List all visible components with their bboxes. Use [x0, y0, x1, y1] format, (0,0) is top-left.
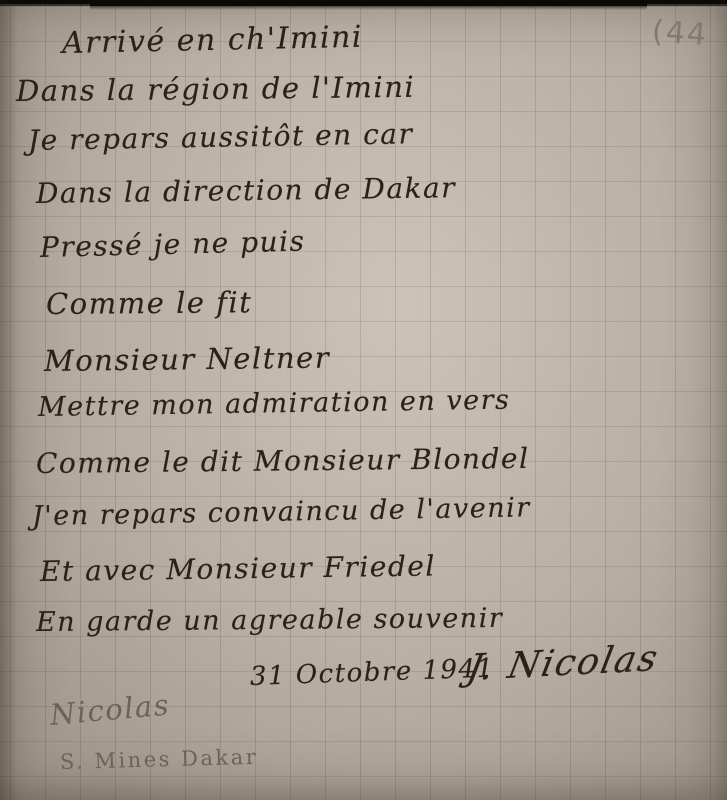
poem-line: Comme le dit Monsieur Blondel: [36, 442, 530, 480]
poem-line: Dans la région de l'Imini: [16, 70, 416, 108]
poem-line: Arrivé en ch'Imini: [62, 20, 364, 61]
poem-line: Et avec Monsieur Friedel: [40, 549, 436, 588]
poem-line: Comme le fit: [46, 285, 253, 321]
photo-top-edge: [0, 0, 727, 7]
poem-line: Monsieur Neltner: [44, 341, 330, 378]
poem-line: Dans la direction de Dakar: [36, 171, 457, 210]
poem-line: En garde un agreable souvenir: [36, 603, 503, 638]
poem-line: Pressé je ne puis: [40, 225, 306, 264]
poem-line: Je repars aussitôt en car: [28, 117, 414, 157]
notebook-page-photo: (44 Arrivé en ch'Imini Dans la région de…: [0, 0, 727, 800]
page-number: (44: [651, 14, 709, 53]
